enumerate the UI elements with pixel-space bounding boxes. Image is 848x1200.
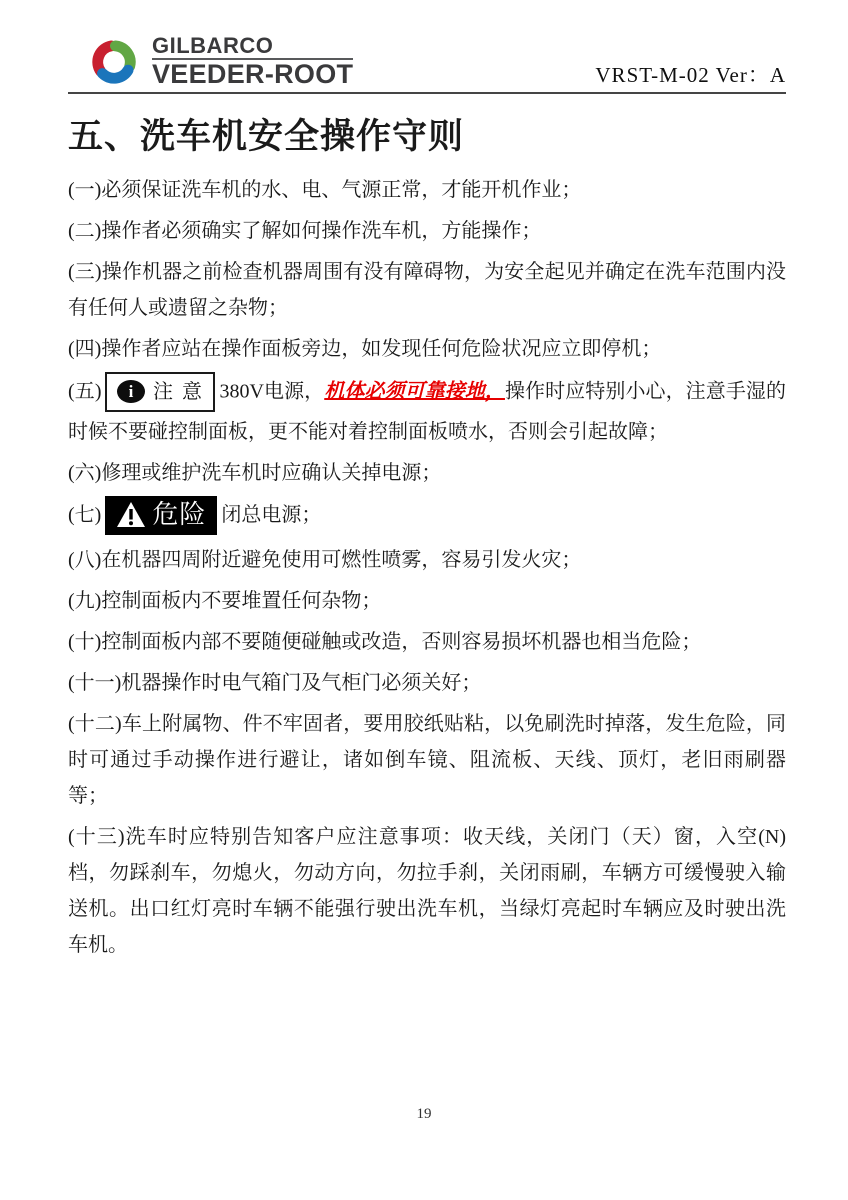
safety-item-13: (十三)洗车时应特别告知客户应注意事项：收天线，关闭门（天）窗，入空(N) 档，…: [68, 819, 786, 963]
info-icon: i: [117, 380, 145, 403]
warning-triangle-icon: [116, 501, 146, 529]
safety-item-5: (五)i注 意380V电源，机体必须可靠接地，操作时应特别小心，注意手湿的时候不…: [68, 372, 786, 450]
logo-line2: VEEDER-ROOT: [152, 60, 353, 90]
safety-item-2: (二)操作者必须确实了解如何操作洗车机，方能操作；: [68, 213, 786, 249]
logo-wordmark: GILBARCO VEEDER-ROOT: [152, 34, 353, 90]
item-5-text: 380V电源，: [219, 380, 324, 402]
safety-item-4: (四)操作者应站在操作面板旁边，如发现任何危险状况应立即停机；: [68, 331, 786, 367]
safety-item-7: (七)危险闭总电源；: [68, 496, 786, 537]
notice-label: 注 意: [153, 374, 204, 410]
safety-item-1: (一)必须保证洗车机的水、电、气源正常，才能开机作业；: [68, 172, 786, 208]
page-header: GILBARCO VEEDER-ROOT VRST-M-02 Ver：A: [68, 0, 786, 94]
item-7-text: 闭总电源；: [221, 504, 321, 526]
safety-item-6: (六)修理或维护洗车机时应确认关掉电源；: [68, 455, 786, 491]
safety-rules-list: (一)必须保证洗车机的水、电、气源正常，才能开机作业； (二)操作者必须确实了解…: [68, 172, 786, 963]
doc-code: VRST-M-02 Ver：A: [595, 59, 786, 90]
safety-item-8: (八)在机器四周附近避免使用可燃性喷雾，容易引发火灾；: [68, 542, 786, 578]
gilbarco-logo: GILBARCO VEEDER-ROOT: [88, 34, 353, 90]
page-number: 19: [0, 1106, 848, 1123]
page-title: 五、洗车机安全操作守则: [68, 109, 786, 159]
item-7-label: (七): [68, 504, 101, 526]
safety-item-9: (九)控制面板内不要堆置任何杂物；: [68, 583, 786, 619]
grounding-warning-text: 机体必须可靠接地，: [324, 380, 505, 402]
document-page: GILBARCO VEEDER-ROOT VRST-M-02 Ver：A 五、洗…: [0, 0, 848, 1200]
safety-item-3: (三)操作机器之前检查机器周围有没有障碍物，为安全起见并确定在洗车范围内没有任何…: [68, 254, 786, 326]
safety-item-11: (十一)机器操作时电气箱门及气柜门必须关好；: [68, 665, 786, 701]
logo-line1: GILBARCO: [152, 34, 353, 60]
notice-callout-box: i注 意: [105, 372, 215, 412]
gilbarco-logo-mark: [88, 36, 140, 88]
danger-label: 危险: [152, 497, 206, 533]
safety-item-12: (十二)车上附属物、件不牢固者，要用胶纸贴粘，以免刷洗时掉落，发生危险，同时可通…: [68, 706, 786, 814]
item-5-label: (五): [68, 380, 101, 402]
danger-callout-box: 危险: [105, 496, 217, 535]
safety-item-10: (十)控制面板内部不要随便碰触或改造，否则容易损坏机器也相当危险；: [68, 624, 786, 660]
